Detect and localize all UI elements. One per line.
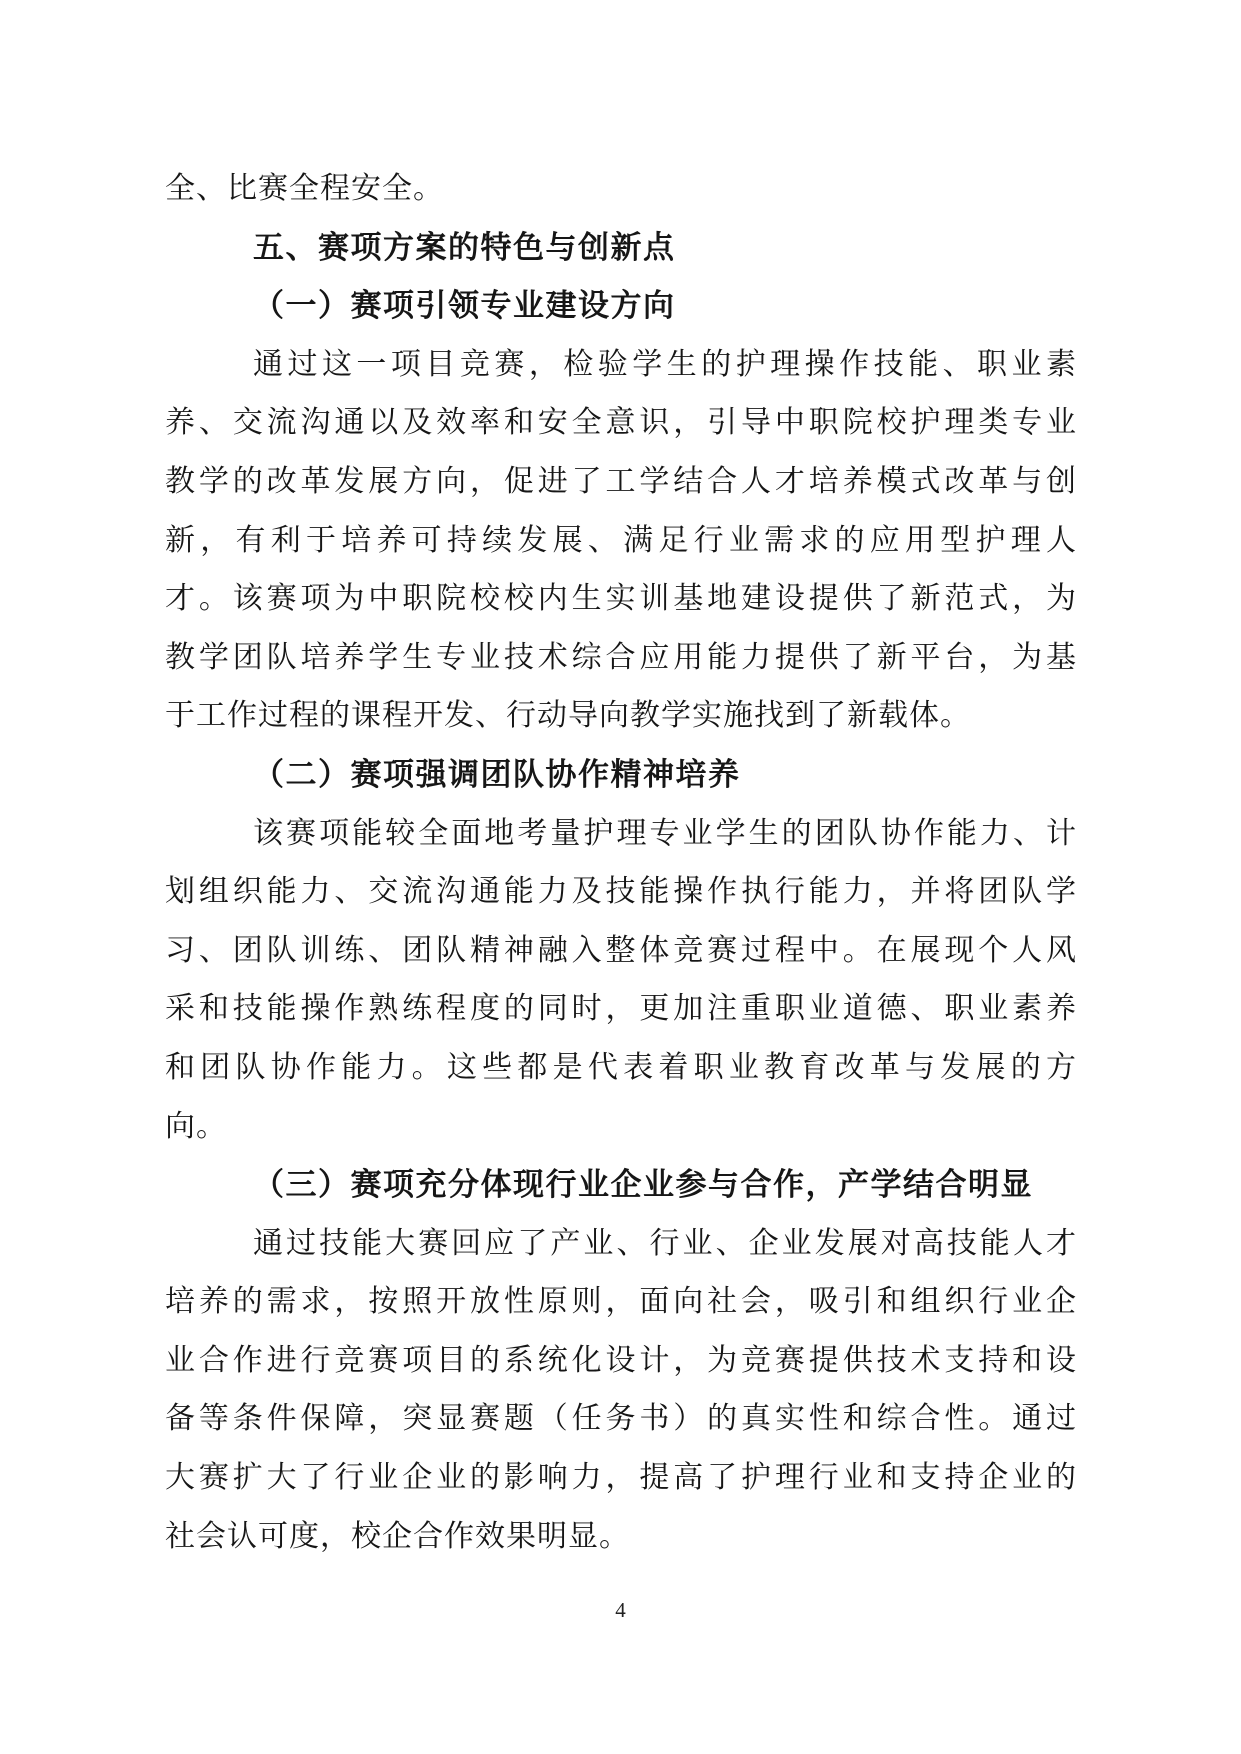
text-line: 划组织能力、交流沟通能力及技能操作执行能力，并将团队学 (165, 863, 1076, 922)
text-line: 习、团队训练、团队精神融入整体竞赛过程中。在展现个人风 (165, 922, 1076, 981)
text-line: 于工作过程的课程开发、行动导向教学实施找到了新载体。 (165, 687, 1076, 746)
document-body: 全、比赛全程安全。 五、赛项方案的特色与创新点 （一）赛项引领专业建设方向 通过… (165, 160, 1076, 1566)
section-heading-five: 五、赛项方案的特色与创新点 (165, 219, 1076, 278)
text-line: 新，有利于培养可持续发展、满足行业需求的应用型护理人 (165, 512, 1076, 571)
subsection-heading-1: （一）赛项引领专业建设方向 (165, 277, 1076, 336)
text-line: 教学的改革发展方向，促进了工学结合人才培养模式改革与创 (165, 453, 1076, 512)
text-line: 培养的需求，按照开放性原则，面向社会，吸引和组织行业企 (165, 1273, 1076, 1332)
text-line: 养、交流沟通以及效率和安全意识，引导中职院校护理类专业 (165, 394, 1076, 453)
text-line: 教学团队培养学生专业技术综合应用能力提供了新平台，为基 (165, 629, 1076, 688)
text-line: 该赛项能较全面地考量护理专业学生的团队协作能力、计 (165, 805, 1076, 864)
subsection-heading-2: （二）赛项强调团队协作精神培养 (165, 746, 1076, 805)
page-number: 4 (0, 1598, 1241, 1623)
text-line: 通过技能大赛回应了产业、行业、企业发展对高技能人才 (165, 1215, 1076, 1274)
text-line: 社会认可度，校企合作效果明显。 (165, 1508, 1076, 1567)
text-line: 通过这一项目竞赛，检验学生的护理操作技能、职业素 (165, 336, 1076, 395)
subsection-heading-3: （三）赛项充分体现行业企业参与合作，产学结合明显 (165, 1156, 1076, 1215)
text-line: 大赛扩大了行业企业的影响力，提高了护理行业和支持企业的 (165, 1449, 1076, 1508)
text-line: 才。该赛项为中职院校校内生实训基地建设提供了新范式，为 (165, 570, 1076, 629)
text-line: 业合作进行竞赛项目的系统化设计，为竞赛提供技术支持和设 (165, 1332, 1076, 1391)
text-line: 全、比赛全程安全。 (165, 160, 1076, 219)
text-line: 向。 (165, 1098, 1076, 1157)
text-line: 和团队协作能力。这些都是代表着职业教育改革与发展的方 (165, 1039, 1076, 1098)
text-line: 备等条件保障，突显赛题（任务书）的真实性和综合性。通过 (165, 1390, 1076, 1449)
text-line: 采和技能操作熟练程度的同时，更加注重职业道德、职业素养 (165, 980, 1076, 1039)
document-page: 全、比赛全程安全。 五、赛项方案的特色与创新点 （一）赛项引领专业建设方向 通过… (0, 0, 1241, 1754)
